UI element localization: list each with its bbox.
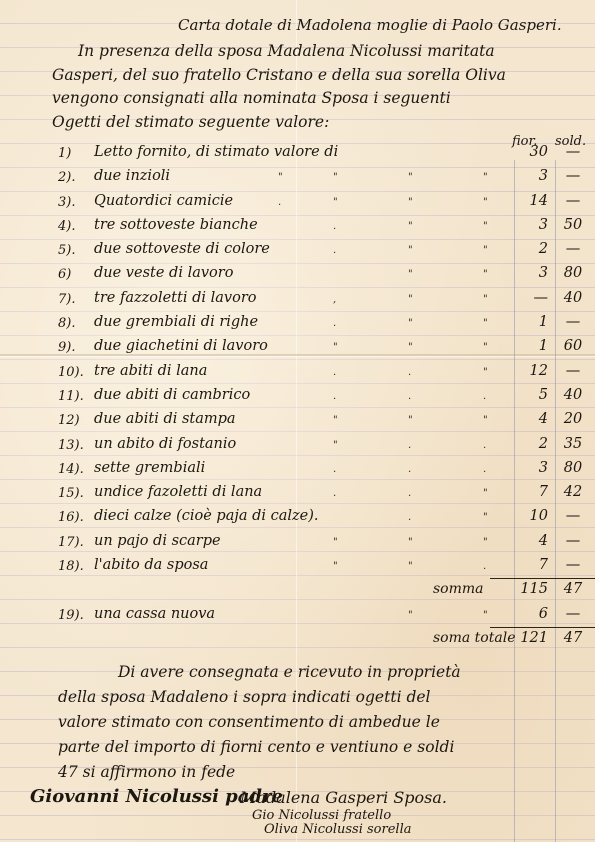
item-description: due veste di lavoro: [94, 265, 233, 281]
ditto-mark: ,: [333, 294, 336, 305]
item-number: 10).: [58, 365, 92, 380]
table-row: 16).dieci calze (cioè paja di calze).."1…: [58, 506, 595, 530]
item-number: 8).: [58, 316, 92, 331]
ditto-mark: .: [333, 488, 336, 499]
item-fior-value: 4: [498, 533, 548, 549]
closing-line: parte del importo di fiorni cento e vent…: [58, 735, 461, 760]
ditto-mark: ": [483, 197, 488, 208]
item-sold-value: 50: [558, 217, 588, 233]
item-number: 17).: [58, 535, 92, 550]
item-description: due inzioli: [94, 168, 170, 184]
ditto-mark: ": [408, 415, 413, 426]
ditto-mark: ": [408, 537, 413, 548]
closing-line: 47 si affirmono in fede: [58, 760, 461, 785]
item-number: 2).: [58, 170, 92, 185]
ditto-mark: .: [483, 391, 486, 402]
ditto-mark: .: [408, 488, 411, 499]
ditto-mark: ": [483, 342, 488, 353]
ditto-mark: ": [483, 488, 488, 499]
ditto-mark: ": [333, 197, 338, 208]
table-row: 9).due giachetini di lavoro"""160: [58, 336, 595, 360]
table-row: 4).tre sottoveste bianche.""350: [58, 215, 595, 239]
item-number: 14).: [58, 462, 92, 477]
ditto-mark: .: [333, 318, 336, 329]
ditto-mark: .: [408, 464, 411, 475]
intro-line: Gasperi, del suo fratello Cristano e del…: [52, 64, 592, 88]
item-number: 3).: [58, 195, 92, 210]
intro-line: In presenza della sposa Madalena Nicolus…: [52, 40, 592, 64]
item-sold-value: 40: [558, 290, 588, 306]
item-description: undice fazoletti di lana: [94, 484, 262, 500]
sum-rule: [490, 627, 595, 628]
item-sold-value: —: [558, 241, 588, 257]
item-number: 13).: [58, 438, 92, 453]
ditto-mark: .: [333, 464, 336, 475]
item-fior-value: 30: [498, 144, 548, 160]
item-sold-value: 60: [558, 338, 588, 354]
item-fior-value: 3: [498, 168, 548, 184]
table-row: 13).un abito di fostanio"..235: [58, 434, 595, 458]
item-description: un abito di fostanio: [94, 436, 236, 452]
ditto-mark: ": [408, 172, 413, 183]
item-sold-value: —: [558, 363, 588, 379]
ditto-mark: ": [483, 610, 488, 621]
item-description: due grembiali di righe: [94, 314, 258, 330]
ditto-mark: ": [408, 294, 413, 305]
item-sold-value: —: [558, 508, 588, 524]
ditto-mark: ": [333, 172, 338, 183]
item-fior-value: 3: [498, 265, 548, 281]
item-sold-value: 42: [558, 484, 588, 500]
item-sold-value: —: [558, 193, 588, 209]
ditto-mark: .: [408, 440, 411, 451]
item-sold-value: —: [558, 606, 588, 622]
ditto-mark: ": [483, 245, 488, 256]
sum-fior-value: 115: [498, 581, 548, 597]
item-fior-value: 7: [498, 484, 548, 500]
item-fior-value: 7: [498, 557, 548, 573]
ditto-mark: ": [483, 294, 488, 305]
signature-sister: Oliva Nicolussi sorella: [264, 822, 411, 837]
item-sold-value: —: [558, 557, 588, 573]
table-row: 7).tre fazzoletti di lavoro,""—40: [58, 288, 595, 312]
ditto-mark: ": [333, 537, 338, 548]
item-fior-value: 2: [498, 436, 548, 452]
ditto-mark: ": [483, 318, 488, 329]
ditto-mark: ": [483, 172, 488, 183]
item-number: 9).: [58, 340, 92, 355]
item-number: 19).: [58, 608, 92, 623]
item-description: tre abiti di lana: [94, 363, 207, 379]
item-number: 1): [58, 146, 92, 161]
item-description: due abiti di cambrico: [94, 387, 250, 403]
closing-line: valore stimato con consentimento di ambe…: [58, 710, 461, 735]
table-row: 2).due inzioli""""3—: [58, 166, 595, 190]
intro-paragraph: In presenza della sposa Madalena Nicolus…: [52, 40, 592, 134]
item-number: 18).: [58, 559, 92, 574]
item-description: due giachetini di lavoro: [94, 338, 268, 354]
table-row: 19).una cassa nuova""6—: [58, 604, 595, 628]
table-row: 3).Quatordici camicie."""14—: [58, 191, 595, 215]
ditto-mark: .: [483, 464, 486, 475]
ditto-mark: ": [408, 610, 413, 621]
item-sold-value: 80: [558, 460, 588, 476]
items-table: 1)Letto fornito, di stimato valore di30—…: [58, 142, 595, 652]
ditto-mark: ": [408, 318, 413, 329]
ditto-mark: ": [333, 440, 338, 451]
item-sold-value: —: [558, 533, 588, 549]
intro-line: Ogetti del stimato seguente valore:: [52, 111, 592, 135]
ditto-mark: ": [408, 197, 413, 208]
item-description: sette grembiali: [94, 460, 205, 476]
ditto-mark: .: [408, 512, 411, 523]
table-row: 14).sette grembiali...380: [58, 458, 595, 482]
item-fior-value: 12: [498, 363, 548, 379]
item-sold-value: 20: [558, 411, 588, 427]
ditto-mark: ": [483, 367, 488, 378]
dowry-document-page: Carta dotale di Madolena moglie di Paolo…: [0, 0, 595, 842]
item-fior-value: 10: [498, 508, 548, 524]
item-number: 12): [58, 413, 92, 428]
ditto-mark: .: [483, 561, 486, 572]
item-fior-value: 1: [498, 314, 548, 330]
item-fior-value: 3: [498, 460, 548, 476]
item-sold-value: —: [558, 314, 588, 330]
item-fior-value: 1: [498, 338, 548, 354]
item-sold-value: —: [558, 168, 588, 184]
item-sold-value: 35: [558, 436, 588, 452]
closing-paragraph: Di avere consegnata e ricevuto in propri…: [58, 660, 461, 785]
item-number: 6): [58, 267, 92, 282]
item-number: 15).: [58, 486, 92, 501]
ditto-mark: .: [333, 391, 336, 402]
item-fior-value: 5: [498, 387, 548, 403]
item-fior-value: 3: [498, 217, 548, 233]
ditto-mark: ": [408, 561, 413, 572]
ditto-mark: ": [408, 245, 413, 256]
item-description: un pajo di scarpe: [94, 533, 221, 549]
ditto-mark: ": [483, 221, 488, 232]
item-sold-value: 80: [558, 265, 588, 281]
ditto-mark: ": [483, 537, 488, 548]
sum-row: soma totale12147: [58, 628, 595, 652]
sum-rule: [490, 578, 595, 579]
table-row: 12)due abiti di stampa"""420: [58, 409, 595, 433]
item-description: due abiti di stampa: [94, 411, 236, 427]
table-row: 17).un pajo di scarpe"""4—: [58, 531, 595, 555]
table-row: 6)due veste di lavoro""380: [58, 263, 595, 287]
ditto-mark: .: [408, 391, 411, 402]
closing-line: della sposa Madaleno i sopra indicati og…: [58, 685, 461, 710]
ditto-mark: ": [408, 221, 413, 232]
table-row: 1)Letto fornito, di stimato valore di30—: [58, 142, 595, 166]
ditto-mark: ": [408, 269, 413, 280]
item-sold-value: —: [558, 144, 588, 160]
ditto-mark: .: [278, 197, 281, 208]
item-fior-value: —: [498, 290, 548, 306]
item-description: dieci calze (cioè paja di calze).: [94, 508, 319, 524]
ditto-mark: ": [333, 415, 338, 426]
sum-sold-value: 47: [558, 630, 588, 646]
signature-brother: Gio Nicolussi fratello: [252, 808, 391, 823]
item-description: due sottoveste di colore: [94, 241, 270, 257]
item-description: una cassa nuova: [94, 606, 215, 622]
item-description: tre sottoveste bianche: [94, 217, 258, 233]
item-number: 11).: [58, 389, 92, 404]
item-description: l'abito da sposa: [94, 557, 208, 573]
item-fior-value: 2: [498, 241, 548, 257]
ditto-mark: ": [483, 512, 488, 523]
table-row: 5).due sottoveste di colore.""2—: [58, 239, 595, 263]
table-row: 8).due grembiali di righe.""1—: [58, 312, 595, 336]
ditto-mark: .: [333, 221, 336, 232]
sum-label: somma: [433, 581, 484, 597]
item-number: 7).: [58, 292, 92, 307]
item-fior-value: 6: [498, 606, 548, 622]
item-fior-value: 14: [498, 193, 548, 209]
intro-line: vengono consignati alla nominata Sposa i…: [52, 87, 592, 111]
table-row: 15).undice fazoletti di lana.."742: [58, 482, 595, 506]
item-description: Quatordici camicie: [94, 193, 233, 209]
ditto-mark: ": [333, 342, 338, 353]
sum-sold-value: 47: [558, 581, 588, 597]
ditto-mark: ": [333, 561, 338, 572]
table-row: 11).due abiti di cambrico...540: [58, 385, 595, 409]
table-row: 10).tre abiti di lana.."12—: [58, 361, 595, 385]
sum-fior-value: 121: [498, 630, 548, 646]
item-number: 4).: [58, 219, 92, 234]
ditto-mark: .: [408, 367, 411, 378]
item-sold-value: 40: [558, 387, 588, 403]
table-row: 18).l'abito da sposa"".7—: [58, 555, 595, 579]
sum-row: somma11547: [58, 579, 595, 603]
ditto-mark: ": [408, 342, 413, 353]
item-description: Letto fornito, di stimato valore di: [94, 144, 338, 160]
ditto-mark: ": [278, 172, 283, 183]
item-number: 16).: [58, 510, 92, 525]
item-number: 5).: [58, 243, 92, 258]
ditto-mark: ": [483, 415, 488, 426]
item-fior-value: 4: [498, 411, 548, 427]
signature-bride: Madalena Gasperi Sposa.: [240, 788, 447, 807]
closing-line: Di avere consegnata e ricevuto in propri…: [58, 660, 461, 685]
ditto-mark: .: [333, 367, 336, 378]
ditto-mark: .: [333, 245, 336, 256]
document-title: Carta dotale di Madolena moglie di Paolo…: [178, 16, 562, 34]
ditto-mark: ": [483, 269, 488, 280]
item-description: tre fazzoletti di lavoro: [94, 290, 256, 306]
ditto-mark: .: [483, 440, 486, 451]
